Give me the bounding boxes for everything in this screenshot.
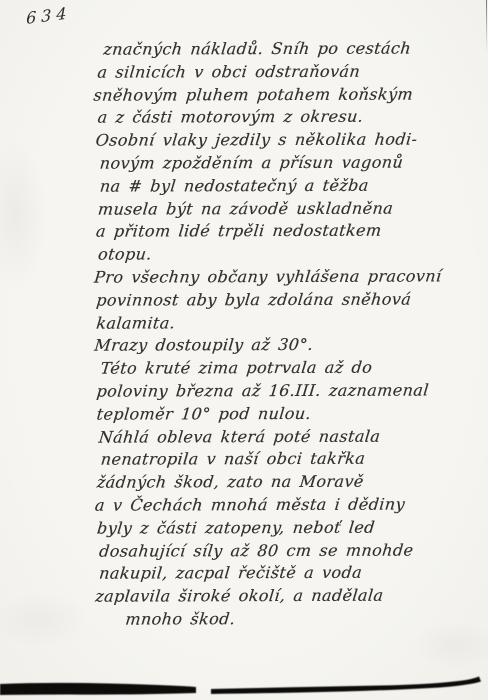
handwritten-line: a přitom lidé trpěli nedostatkem	[93, 221, 485, 245]
scan-border-artifact	[0, 674, 488, 700]
handwritten-line: otopu.	[93, 243, 485, 267]
handwritten-line: byly z části zatopeny, neboť led	[94, 517, 486, 541]
handwritten-line: nenatropila v naší obci takřka	[93, 449, 485, 473]
page-number: 634	[26, 3, 72, 28]
handwritten-line: novým zpožděním a přísun vagonů	[92, 152, 484, 176]
handwritten-line: teploměr 10° pod nulou.	[93, 403, 485, 427]
handwritten-line: žádných škod, zato na Moravě	[94, 471, 486, 495]
handwritten-line: Mrazy dostoupily až 30°.	[93, 335, 485, 359]
handwritten-line: musela být na závodě uskladněna	[93, 198, 485, 222]
handwritten-line: nakupil, zacpal řečiště a voda	[94, 563, 486, 587]
handwritten-line: Náhlá obleva která poté nastala	[93, 426, 485, 450]
handwritten-text-block: značných nákladů. Sníh po cestách a siln…	[92, 38, 484, 632]
scan-edge-line	[486, 0, 487, 52]
handwritten-line: a z části motorovým z okresu.	[92, 107, 484, 131]
handwritten-line: a v Čechách mnohá města i dědiny	[94, 494, 486, 518]
handwritten-line: dosahující síly až 80 cm se mnohde	[94, 540, 486, 564]
scanned-chronicle-page: 634 značných nákladů. Sníh po cestách a …	[0, 0, 488, 700]
handwritten-line: poloviny března až 16.III. zaznamenal	[93, 380, 485, 404]
handwritten-line: zaplavila široké okolí, a nadělala	[94, 585, 486, 609]
handwritten-line: a silnicích v obci odstraňován	[92, 61, 484, 85]
handwritten-line: na # byl nedostatečný a těžba	[93, 175, 485, 199]
handwritten-line: Této kruté zima potrvala až do	[93, 357, 485, 381]
handwritten-line: mnoho škod.	[94, 608, 486, 632]
handwritten-line: sněhovým pluhem potahem koňským	[92, 84, 484, 108]
handwritten-line: povinnost aby byla zdolána sněhová	[93, 289, 485, 313]
handwritten-line: Osobní vlaky jezdily s několika hodi-	[92, 129, 484, 153]
handwritten-line: kalamita.	[93, 312, 485, 336]
handwritten-line: značných nákladů. Sníh po cestách	[92, 38, 484, 62]
handwritten-line: Pro všechny občany vyhlášena pracovní	[93, 266, 485, 290]
